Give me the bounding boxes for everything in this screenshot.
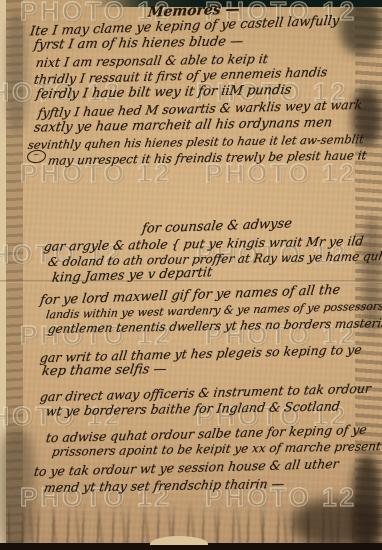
manuscript-text-layer: Memores — Ite I may clame ye keping of y… [0,0,382,550]
manuscript-line: to ye tak ordour wt ye session house & a… [33,456,340,479]
circled-scribble: ~ [26,149,47,165]
manuscript-photo: PHOTO 12PHOTO 12PHOTO 12PHOTO 12PHOTO 12… [0,0,382,550]
manuscript-line: may unrespect it his freindis trewly be … [47,148,367,168]
manuscript-line: mend yt thay set frendschip thairin — [43,476,285,495]
manuscript-line: fyrst I am of his hienes blude — [33,34,244,53]
manuscript-line: kep thame selfis — [41,362,168,379]
manuscript-line: for counsale & adwyse [141,216,293,236]
manuscript-line: gar writ to all thame yt hes plegeis so … [39,342,363,365]
